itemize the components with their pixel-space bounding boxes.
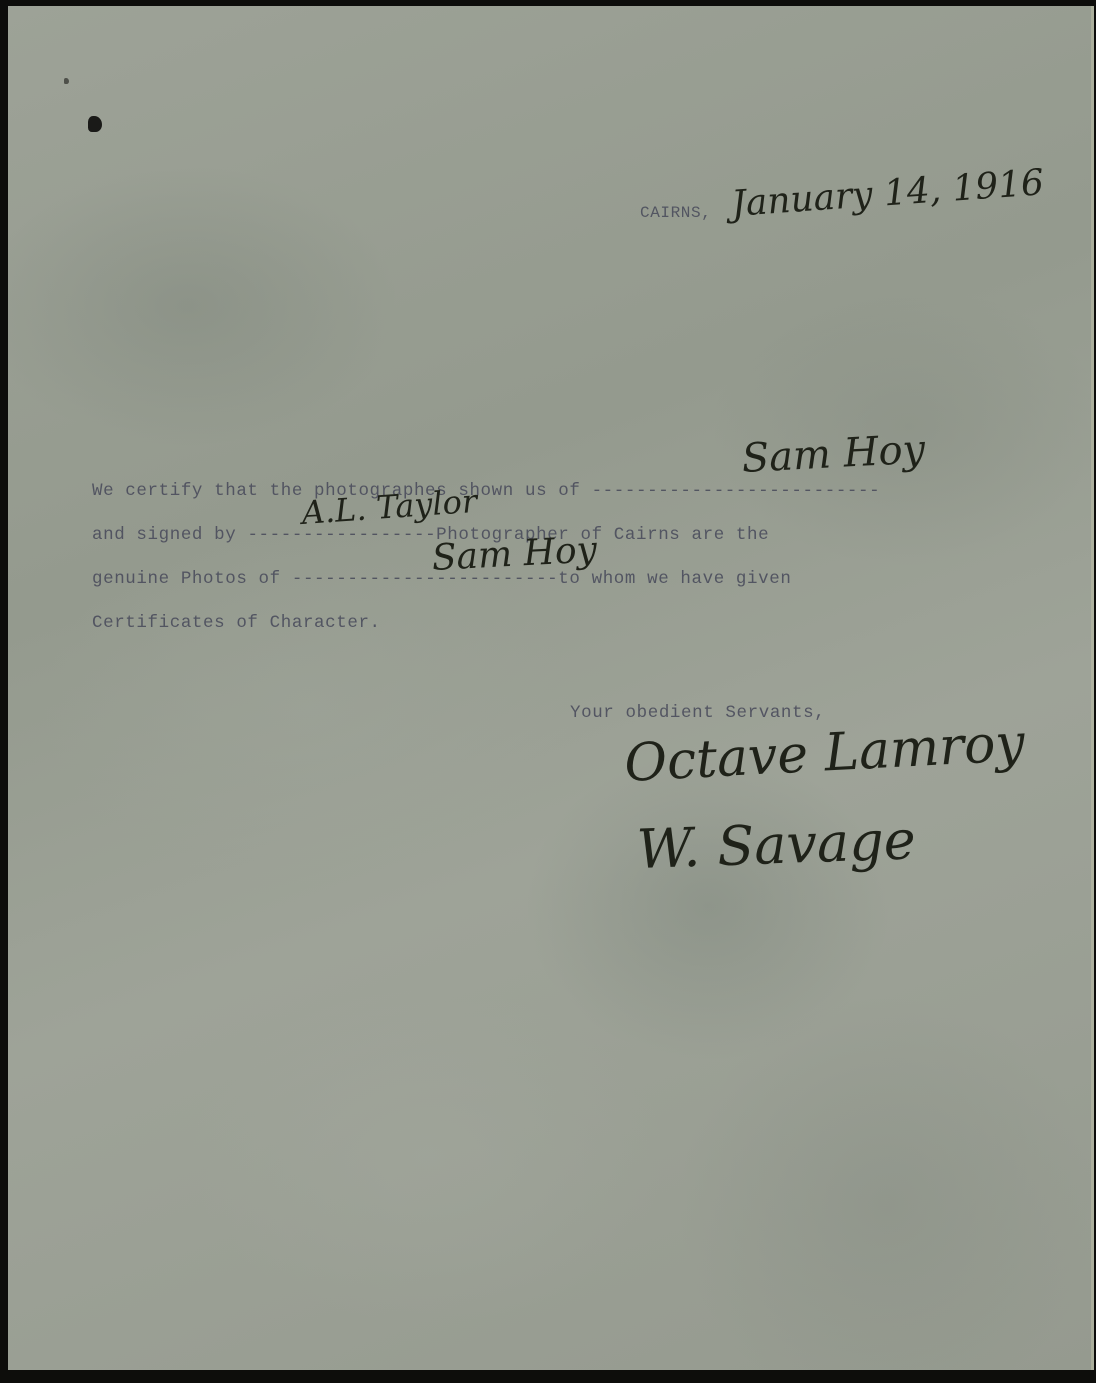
- subject-name-1-handwritten: Sam Hoy: [741, 426, 927, 482]
- date-handwritten: January 14, 1916: [730, 162, 1045, 225]
- place-typed: CAIRNS,: [640, 204, 711, 222]
- body-line-1: We certify that the photographes shown u…: [92, 481, 880, 501]
- subject-name-2-handwritten: Sam Hoy: [431, 529, 598, 579]
- line3-suffix: to whom we have given: [558, 569, 791, 589]
- ink-spot-mark: [88, 116, 102, 132]
- closing-salutation: Your obedient Servants,: [570, 703, 825, 723]
- line1-dashes: --------------------------: [592, 481, 881, 501]
- document-paper: CAIRNS, January 14, 1916 We certify that…: [8, 6, 1094, 1370]
- small-ink-mark: [64, 78, 69, 84]
- signature-2: W. Savage: [636, 808, 917, 881]
- line2-prefix: and signed by: [92, 525, 247, 545]
- line3-prefix: genuine Photos of: [92, 569, 292, 589]
- signature-1: Octave Lamroy: [623, 713, 1026, 794]
- body-line-4: Certificates of Character.: [92, 613, 381, 633]
